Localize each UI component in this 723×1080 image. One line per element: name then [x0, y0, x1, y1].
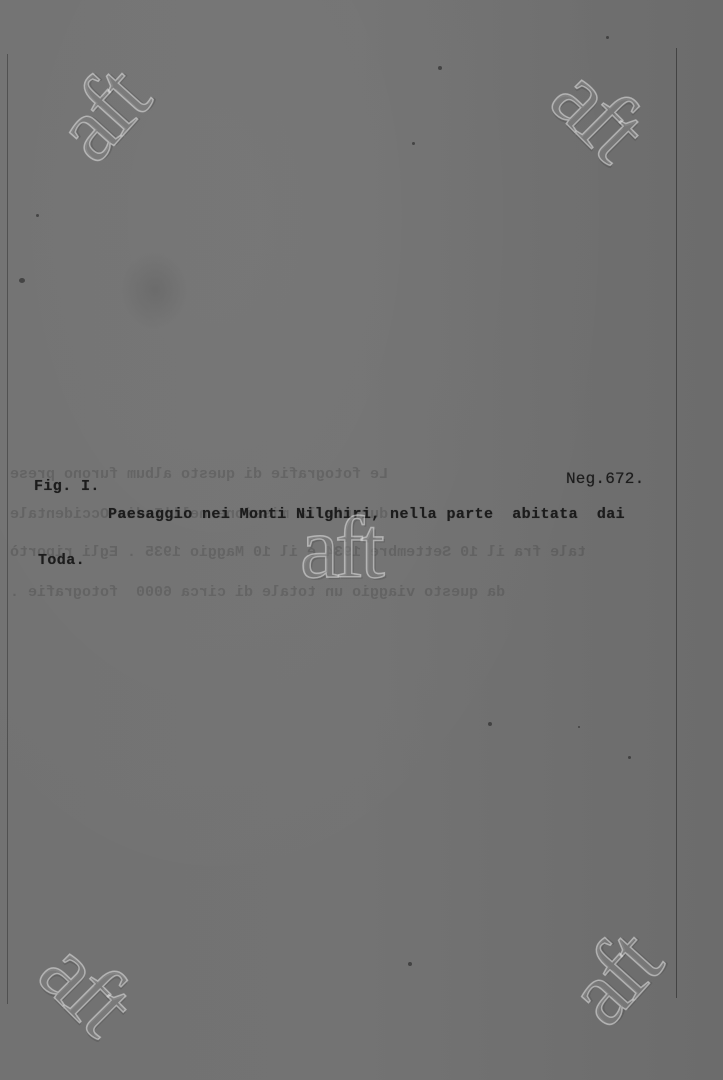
right-margin-rule: [676, 48, 677, 998]
dust-speck: [488, 722, 492, 726]
watermark-logo-center: aft: [300, 505, 381, 593]
dust-speck: [412, 142, 415, 145]
dust-speck: [19, 278, 25, 283]
watermark-logo-bottom-left: aft: [24, 923, 149, 1048]
dust-speck: [408, 962, 412, 966]
watermark-logo-bottom-right: aft: [550, 916, 675, 1041]
figure-label: Fig. I.: [34, 478, 100, 495]
watermark-logo-top-left: aft: [38, 52, 163, 177]
dust-speck: [578, 726, 580, 728]
dust-speck: [628, 756, 631, 759]
caption-line-2: Toda.: [38, 552, 85, 569]
dust-speck: [438, 66, 442, 70]
smudge: [120, 250, 190, 330]
left-margin-rule: [7, 54, 8, 1004]
watermark-logo-top-right: aft: [536, 49, 661, 174]
dust-speck: [36, 214, 39, 217]
document-page: Le fotografie di questo album furono pre…: [0, 0, 723, 1080]
negative-number: Neg.672.: [566, 470, 644, 488]
dust-speck: [606, 36, 609, 39]
